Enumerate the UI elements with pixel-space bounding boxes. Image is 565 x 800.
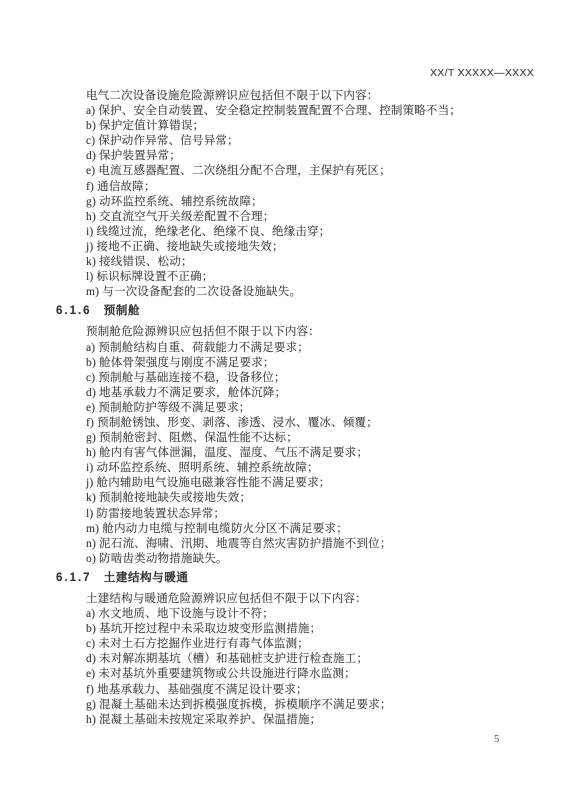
list-item: k) 预制舱接地缺失或接地失效； — [86, 491, 531, 506]
list-item: c) 未对土石方挖掘作业进行有毒气体监测； — [86, 637, 531, 652]
list-item: i) 动环监控系统、照明系统、辅控系统故障； — [86, 461, 531, 476]
standard-code: XX/T XXXXX—XXXX — [430, 67, 534, 79]
list-item: e) 预制舱防护等级不满足要求； — [86, 401, 531, 416]
list-item: d) 保护装置异常； — [86, 149, 531, 164]
list-item: f) 地基承载力、基础强度不满足设计要求； — [86, 683, 531, 698]
section-electrical-secondary: 电气二次设备设施危险源辨识应包括但不限于以下内容： a) 保护、安全自动装置、安… — [86, 89, 531, 300]
section-heading: 6.1.6 预制舱 — [56, 304, 531, 319]
list-item: h) 交直流空气开关级差配置不合理； — [86, 210, 531, 225]
list-item: e) 电流互感器配置、二次绕组分配不合理，主保护有死区； — [86, 164, 531, 179]
list-item: i) 线缆过流，绝缘老化、绝缘不良、绝缘击穿； — [86, 225, 531, 240]
list-item: c) 预制舱与基础连接不稳，设备移位； — [86, 371, 531, 386]
list-item: g) 动环监控系统、辅控系统故障； — [86, 195, 531, 210]
section-prefab-cabin: 6.1.6 预制舱 预制舱危险源辨识应包括但不限于以下内容： a) 预制舱结构自… — [86, 304, 531, 567]
list-item: b) 舱体骨架强度与刚度不满足要求； — [86, 356, 531, 371]
list-item: a) 保护、安全自动装置、安全稳定控制装置配置不合理、控制策略不当； — [86, 104, 531, 119]
document-page: XX/T XXXXX—XXXX 电气二次设备设施危险源辨识应包括但不限于以下内容… — [0, 0, 565, 800]
page-number: 5 — [494, 734, 499, 745]
section-intro: 电气二次设备设施危险源辨识应包括但不限于以下内容： — [86, 89, 531, 104]
list-item: b) 基坑开挖过程中未采取边坡变形监测措施； — [86, 622, 531, 637]
list-item: b) 保护定值计算错误； — [86, 119, 531, 134]
list-item: d) 未对解冻期基坑（槽）和基础桩支护进行检查施工； — [86, 652, 531, 667]
list-item: a) 水文地质、地下设施与设计不符； — [86, 607, 531, 622]
section-civil-structure-hvac: 6.1.7 土建结构与暖通 土建结构与暖通危险源辨识应包括但不限于以下内容： a… — [86, 571, 531, 728]
list-item: f) 通信故障； — [86, 180, 531, 195]
list-item: k) 接线错误、松动； — [86, 255, 531, 270]
list-item: m) 舱内动力电缆与控制电缆防火分区不满足要求； — [86, 522, 531, 537]
list-item: g) 混凝土基础未达到拆模强度拆模，拆模顺序不满足要求； — [86, 698, 531, 713]
section-intro: 预制舱危险源辨识应包括但不限于以下内容： — [86, 325, 531, 340]
heading-title: 预制舱 — [104, 305, 140, 317]
list-item: n) 泥石流、海啸、汛期、地震等自然灾害防护措施不到位； — [86, 537, 531, 552]
heading-number: 6.1.7 — [56, 572, 92, 584]
section-heading: 6.1.7 土建结构与暖通 — [56, 571, 531, 586]
section-intro: 土建结构与暖通危险源辨识应包括但不限于以下内容： — [86, 592, 531, 607]
list-item: d) 地基承载力不满足要求，舱体沉降； — [86, 386, 531, 401]
heading-title: 土建结构与暖通 — [104, 572, 189, 584]
list-item: e) 未对基坑外重要建筑物或公共设施进行降水监测； — [86, 667, 531, 682]
list-item: h) 混凝土基础未按规定采取养护、保温措施； — [86, 713, 531, 728]
list-item: c) 保护动作异常、信号异常； — [86, 134, 531, 149]
list-item: f) 预制舱锈蚀、形变、剥落、渗透、浸水、覆冰、倾覆； — [86, 416, 531, 431]
list-item: g) 预制舱密封、阻燃、保温性能不达标； — [86, 431, 531, 446]
list-item: m) 与一次设备配套的二次设备设施缺失。 — [86, 285, 531, 300]
list-item: h) 舱内有害气体泄漏，温度、湿度、气压不满足要求； — [86, 446, 531, 461]
list-item: j) 接地不正确、接地缺失或接地失效； — [86, 240, 531, 255]
heading-number: 6.1.6 — [56, 305, 92, 317]
list-item: j) 舱内辅助电气设施电磁兼容性能不满足要求； — [86, 476, 531, 491]
page-content: 电气二次设备设施危险源辨识应包括但不限于以下内容： a) 保护、安全自动装置、安… — [86, 89, 531, 728]
list-item: l) 防雷接地装置状态异常； — [86, 507, 531, 522]
list-item: a) 预制舱结构自重、荷载能力不满足要求； — [86, 341, 531, 356]
list-item: o) 防啮齿类动物措施缺失。 — [86, 552, 531, 567]
list-item: l) 标识标牌设置不正确； — [86, 270, 531, 285]
